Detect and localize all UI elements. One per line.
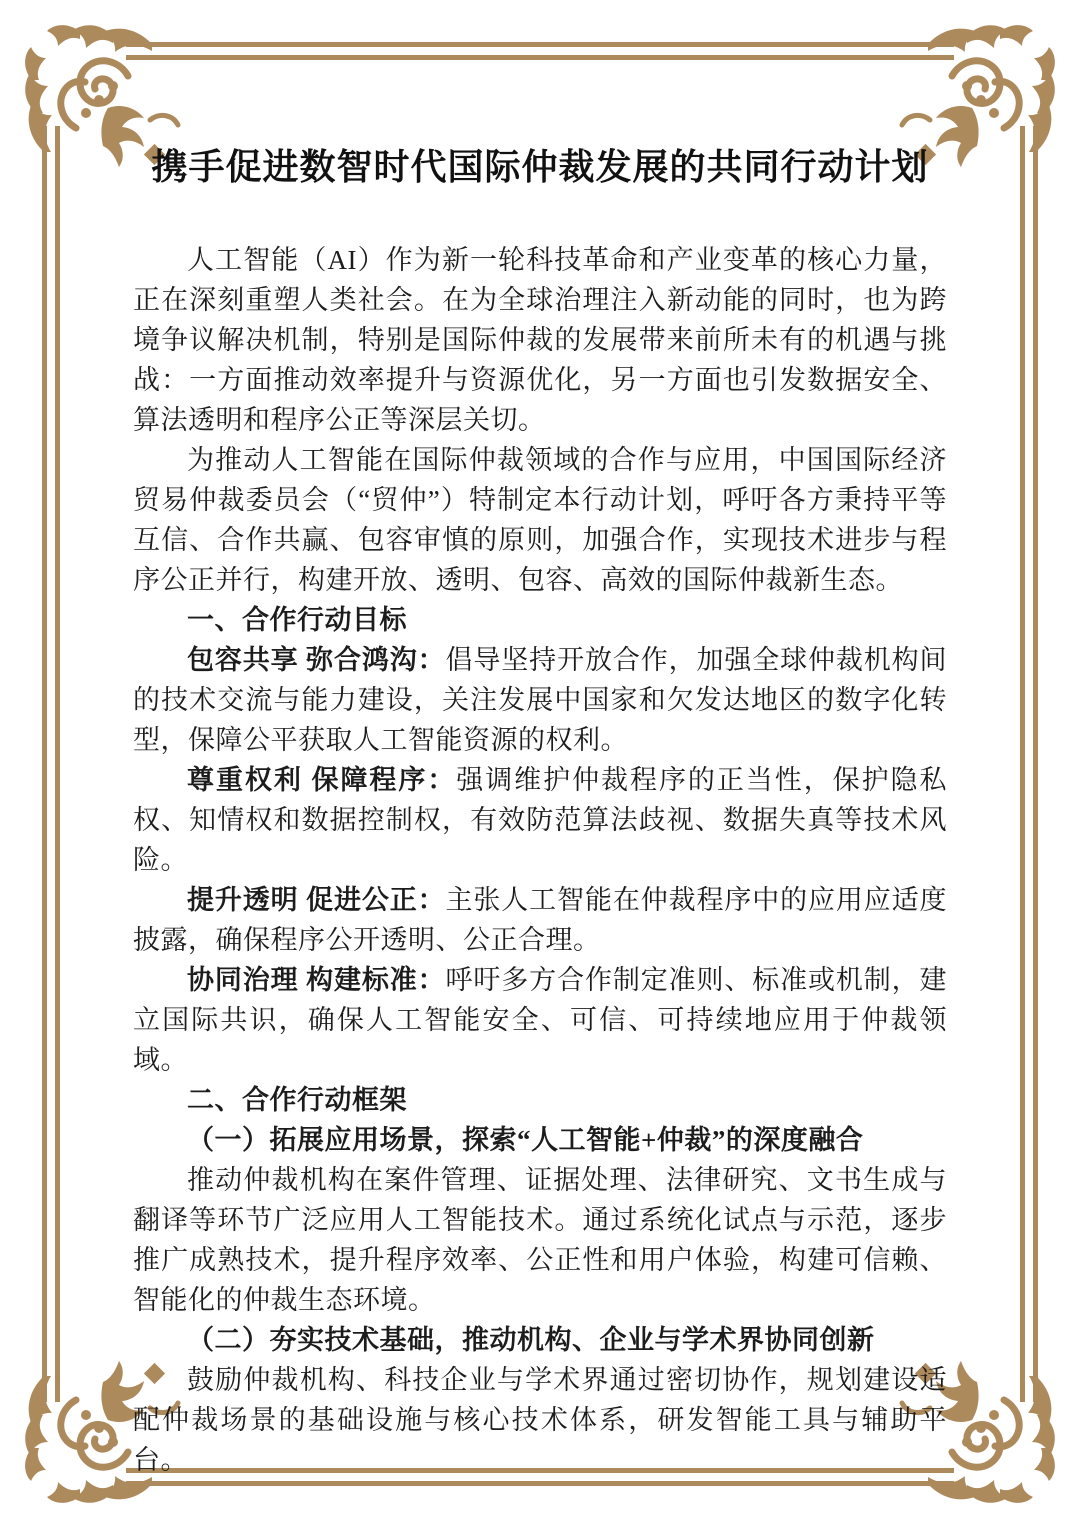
lead-phrase: 协同治理 构建标准：: [187, 965, 446, 995]
lead-phrase: 尊重权利 保障程序：: [187, 765, 456, 795]
lead-phrase: 包容共享 弥合鸿沟：: [187, 645, 446, 675]
section-heading: 一、合作行动目标: [133, 600, 947, 640]
paragraph: 人工智能（AI）作为新一轮科技革命和产业变革的核心力量，正在深刻重塑人类社会。在…: [133, 240, 947, 440]
lead-phrase: 提升透明 促进公正：: [187, 885, 446, 915]
document-title: 携手促进数智时代国际仲裁发展的共同行动计划: [133, 140, 947, 194]
lead-paragraph: 提升透明 促进公正：主张人工智能在仲裁程序中的应用应适度披露，确保程序公开透明、…: [133, 880, 947, 960]
document-body: 人工智能（AI）作为新一轮科技革命和产业变革的核心力量，正在深刻重塑人类社会。在…: [133, 240, 947, 1480]
paragraph: 推动仲裁机构在案件管理、证据处理、法律研究、文书生成与翻译等环节广泛应用人工智能…: [133, 1160, 947, 1320]
paragraph: 为推动人工智能在国际仲裁领域的合作与应用，中国国际经济贸易仲裁委员会（“贸仲”）…: [133, 440, 947, 600]
paragraph: 鼓励仲裁机构、科技企业与学术界通过密切协作，规划建设适配仲裁场景的基础设施与核心…: [133, 1360, 947, 1480]
lead-paragraph: 尊重权利 保障程序：强调维护仲裁程序的正当性，保护隐私权、知情权和数据控制权，有…: [133, 760, 947, 880]
sub-heading: （一）拓展应用场景，探索“人工智能+仲裁”的深度融合: [133, 1120, 947, 1160]
document-content: 携手促进数智时代国际仲裁发展的共同行动计划 人工智能（AI）作为新一轮科技革命和…: [133, 140, 947, 1480]
section-heading: 二、合作行动框架: [133, 1080, 947, 1120]
lead-paragraph: 包容共享 弥合鸿沟：倡导坚持开放合作，加强全球仲裁机构间的技术交流与能力建设，关…: [133, 640, 947, 760]
document-page: 携手促进数智时代国际仲裁发展的共同行动计划 人工智能（AI）作为新一轮科技革命和…: [0, 0, 1080, 1528]
lead-paragraph: 协同治理 构建标准：呼吁多方合作制定准则、标准或机制，建立国际共识，确保人工智能…: [133, 960, 947, 1080]
sub-heading: （二）夯实技术基础，推动机构、企业与学术界协同创新: [133, 1320, 947, 1360]
